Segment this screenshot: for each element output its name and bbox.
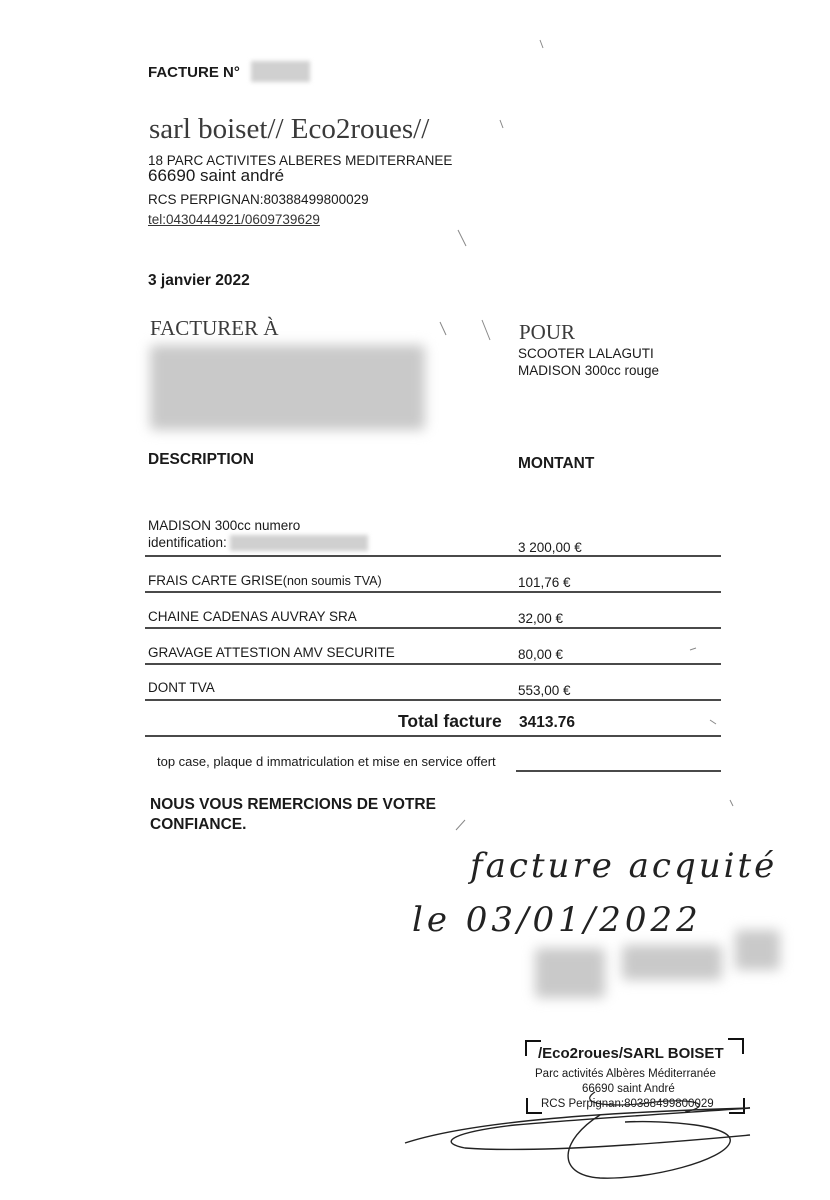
row-amount: 553,00 € xyxy=(518,683,571,698)
row-description: DONT TVA xyxy=(148,680,215,695)
row-divider xyxy=(145,591,721,593)
bill-to-redacted xyxy=(150,345,425,430)
handwritten-paid-date: le 03/01/2022 xyxy=(412,900,702,940)
invoice-date: 3 janvier 2022 xyxy=(148,272,250,290)
row-divider xyxy=(145,555,721,557)
description-column-header: DESCRIPTION xyxy=(148,451,254,469)
row-divider xyxy=(145,699,721,701)
total-divider xyxy=(145,735,721,737)
company-name: sarl boiset// Eco2roues// xyxy=(149,113,429,146)
row-amount: 101,76 € xyxy=(518,575,571,590)
identification-redacted xyxy=(230,535,368,551)
row-description: GRAVAGE ATTESTION AMV SECURITE xyxy=(148,645,395,660)
thanks-line2: CONFIANCE. xyxy=(150,816,246,834)
row-amount: 80,00 € xyxy=(518,647,563,662)
invoice-number-label: FACTURE N° xyxy=(148,64,240,81)
signature-icon xyxy=(395,1080,765,1180)
handwritten-redacted-2 xyxy=(622,945,722,980)
invoice-number-redacted xyxy=(251,61,310,82)
amount-column-header: MONTANT xyxy=(518,455,594,473)
thanks-line1: NOUS VOUS REMERCIONS DE VOTRE xyxy=(150,796,436,814)
row-description-line2: identification: xyxy=(148,535,227,550)
row-divider xyxy=(145,627,721,629)
handwritten-paid-note: facture acquité xyxy=(470,846,777,886)
total-label: Total facture xyxy=(398,711,502,732)
company-tel-link[interactable]: tel:0430444921/0609739629 xyxy=(148,212,320,227)
offer-note: top case, plaque d immatriculation et mi… xyxy=(157,754,496,769)
stamp-title: /Eco2roues/SARL BOISET xyxy=(538,1045,724,1062)
row-divider xyxy=(145,663,721,665)
company-address-line2: 66690 saint andré xyxy=(148,166,284,186)
for-heading: POUR xyxy=(519,320,575,345)
handwritten-redacted-1 xyxy=(535,948,605,998)
for-line2: MADISON 300cc rouge xyxy=(518,363,659,378)
scan-artifacts-icon xyxy=(0,0,830,1200)
row-description-note: (non soumis TVA) xyxy=(283,574,382,588)
row-description-main: FRAIS CARTE GRISE xyxy=(148,573,283,588)
row-amount: 32,00 € xyxy=(518,611,563,626)
for-line1: SCOOTER LALAGUTI xyxy=(518,346,654,361)
handwritten-redacted-3 xyxy=(735,930,780,970)
row-description: CHAINE CADENAS AUVRAY SRA xyxy=(148,609,357,624)
row-description: FRAIS CARTE GRISE(non soumis TVA) xyxy=(148,573,382,588)
bill-to-heading: FACTURER À xyxy=(150,316,279,341)
company-rcs: RCS PERPIGNAN:80388499800029 xyxy=(148,192,369,207)
stamp-line1: Parc activités Albères Méditerranée xyxy=(535,1068,716,1080)
row-amount: 3 200,00 € xyxy=(518,540,582,555)
note-underline xyxy=(516,770,721,772)
total-value: 3413.76 xyxy=(519,714,575,732)
row-description: MADISON 300cc numero xyxy=(148,518,300,533)
stamp-corner-icon xyxy=(728,1038,744,1054)
